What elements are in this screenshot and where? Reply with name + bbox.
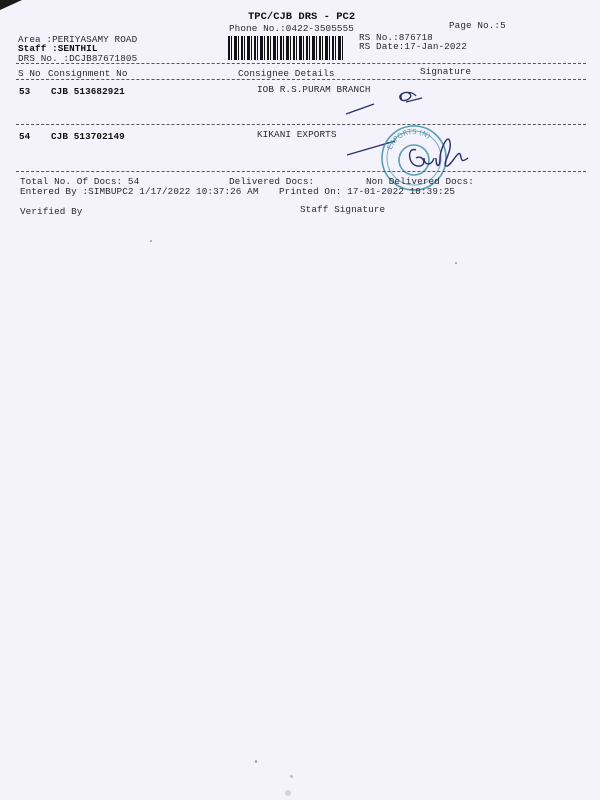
row-s-no: 53 xyxy=(19,86,30,97)
column-header-consignee-details: Consignee Details xyxy=(238,68,335,79)
phone-number: Phone No.:0422-3505555 xyxy=(229,23,354,34)
divider xyxy=(16,171,586,172)
entered-by: Entered By :SIMBUPC2 1/17/2022 10:37:26 … xyxy=(20,186,259,197)
scan-speck xyxy=(290,775,293,778)
staff-signature-label: Staff Signature xyxy=(300,204,385,215)
row-consignment-no: CJB 513702149 xyxy=(51,131,125,142)
column-header-signature: Signature xyxy=(420,66,471,77)
rs-date: RS Date:17-Jan-2022 xyxy=(359,41,467,52)
document-title: TPC/CJB DRS - PC2 xyxy=(248,11,355,23)
column-header-consignment-no: Consignment No xyxy=(48,68,128,79)
divider xyxy=(16,124,586,125)
scan-speck xyxy=(150,240,152,242)
divider xyxy=(16,63,586,64)
verified-by-label: Verified By xyxy=(20,206,82,217)
row-consignee: KIKANI EXPORTS xyxy=(257,129,337,140)
column-header-s-no: S No xyxy=(18,68,41,79)
row-s-no: 54 xyxy=(19,131,30,142)
scan-speck xyxy=(455,262,457,264)
row-consignment-no: CJB 513682921 xyxy=(51,86,125,97)
barcode xyxy=(228,36,344,60)
printed-on: Printed On: 17-01-2022 10:39:25 xyxy=(279,186,455,197)
recipient-signature-icon xyxy=(340,84,430,124)
scan-speck xyxy=(285,790,291,796)
scan-speck xyxy=(255,760,257,763)
page-number: Page No.:5 xyxy=(449,20,506,31)
recipient-signature-icon xyxy=(402,128,482,176)
scan-corner-mark xyxy=(0,0,22,10)
divider xyxy=(16,79,586,80)
